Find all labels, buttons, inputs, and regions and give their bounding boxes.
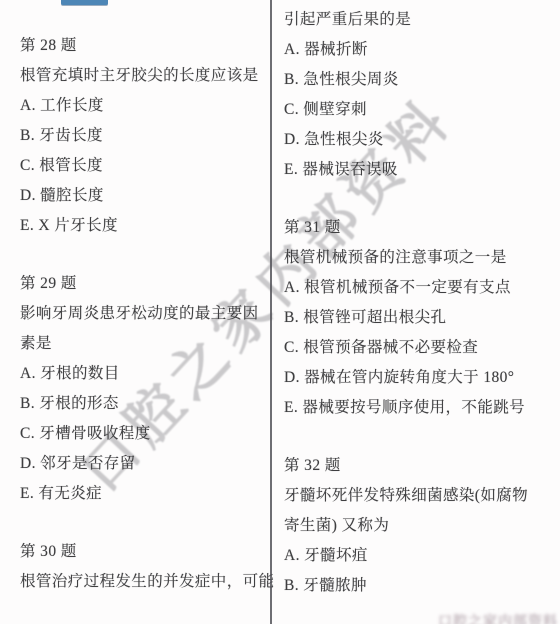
- question-line: 根管机械预备的注意事项之一是: [284, 243, 558, 273]
- question-line: B. 牙根的形态: [20, 389, 268, 419]
- question-line: D. 器械在管内旋转角度大于 180°: [284, 363, 558, 393]
- question-line: E. 器械要按号顺序使用，不能跳号: [284, 393, 558, 423]
- question-line: 第 30 题: [20, 537, 268, 567]
- question-line: 根管治疗过程发生的并发症中，可能: [20, 567, 268, 597]
- question-block: 第 31 题根管机械预备的注意事项之一是A. 根管机械预备不一定要有支点B. 根…: [284, 213, 558, 423]
- question-line: 第 31 题: [284, 213, 558, 243]
- question-line: E. X 片牙长度: [20, 211, 268, 241]
- top-accent-bar: [61, 0, 108, 5]
- question-line: D. 急性根尖炎: [284, 125, 558, 155]
- question-line: 第 29 题: [20, 269, 268, 299]
- exam-question-page: 口腔之家内部资料 第 28 题根管充填时主牙胶尖的长度应该是A. 工作长度B. …: [0, 0, 560, 624]
- question-line: 引起严重后果的是: [284, 5, 558, 35]
- question-block: 第 28 题根管充填时主牙胶尖的长度应该是A. 工作长度B. 牙齿长度C. 根管…: [20, 31, 268, 241]
- question-line: B. 牙髓脓肿: [284, 571, 558, 601]
- question-line: C. 根管长度: [20, 151, 268, 181]
- question-line: 第 32 题: [284, 451, 558, 481]
- column-divider: [270, 0, 272, 624]
- question-column-left: 第 28 题根管充填时主牙胶尖的长度应该是A. 工作长度B. 牙齿长度C. 根管…: [20, 31, 268, 597]
- question-line: A. 器械折断: [284, 35, 558, 65]
- question-block: 引起严重后果的是A. 器械折断B. 急性根尖周炎C. 侧壁穿刺D. 急性根尖炎E…: [284, 5, 558, 185]
- question-line: 第 28 题: [20, 31, 268, 61]
- question-block: 第 29 题影响牙周炎患牙松动度的最主要因素是A. 牙根的数目B. 牙根的形态C…: [20, 269, 268, 509]
- question-line: A. 根管机械预备不一定要有支点: [284, 273, 558, 303]
- question-line: 寄生菌) 又称为: [284, 511, 558, 541]
- question-line: C. 根管预备器械不必要检查: [284, 333, 558, 363]
- footer-watermark: 口腔之家内部资料: [438, 611, 558, 624]
- question-line: E. 有无炎症: [20, 479, 268, 509]
- question-line: B. 牙齿长度: [20, 121, 268, 151]
- question-line: 牙髓坏死伴发特殊细菌感染(如腐物: [284, 481, 558, 511]
- question-line: D. 邻牙是否存留: [20, 449, 268, 479]
- question-block: 第 32 题牙髓坏死伴发特殊细菌感染(如腐物寄生菌) 又称为A. 牙髓坏疽B. …: [284, 451, 558, 601]
- question-block: 第 30 题根管治疗过程发生的并发症中，可能: [20, 537, 268, 597]
- question-line: A. 工作长度: [20, 91, 268, 121]
- question-line: 素是: [20, 329, 268, 359]
- question-line: 根管充填时主牙胶尖的长度应该是: [20, 61, 268, 91]
- question-line: B. 急性根尖周炎: [284, 65, 558, 95]
- question-line: C. 牙槽骨吸收程度: [20, 419, 268, 449]
- question-line: E. 器械误吞误吸: [284, 155, 558, 185]
- question-column-right: 引起严重后果的是A. 器械折断B. 急性根尖周炎C. 侧壁穿刺D. 急性根尖炎E…: [284, 5, 558, 601]
- question-line: D. 髓腔长度: [20, 181, 268, 211]
- question-line: 影响牙周炎患牙松动度的最主要因: [20, 299, 268, 329]
- question-line: B. 根管锉可超出根尖孔: [284, 303, 558, 333]
- question-line: C. 侧壁穿刺: [284, 95, 558, 125]
- question-line: A. 牙根的数目: [20, 359, 268, 389]
- question-line: A. 牙髓坏疽: [284, 541, 558, 571]
